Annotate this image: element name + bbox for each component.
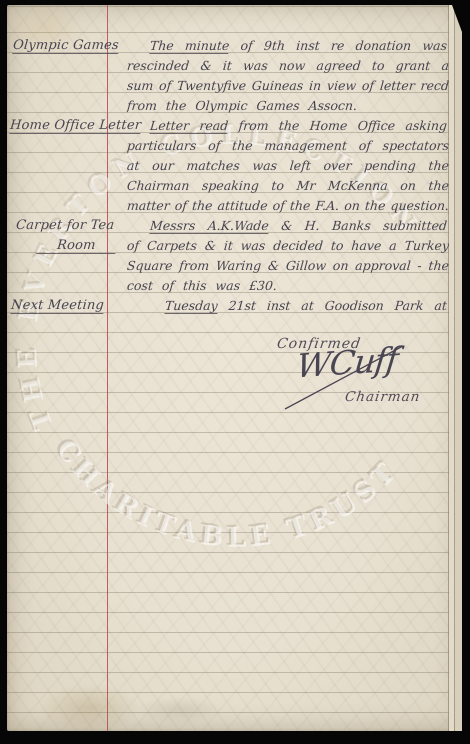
ledger-page: THE EVERTON COLLECTION THE EVERTON COLLE… [7, 5, 462, 731]
underlined-lead: Tuesday [164, 298, 218, 314]
chairman-signature: WCuff [295, 342, 400, 385]
minute-line: The minute of 9th inst re donation was [149, 36, 448, 56]
minute-line: rescinded & it was now agreed to grant a [126, 56, 450, 76]
margin-note-next-meeting: Next Meeting [10, 296, 105, 316]
red-margin-rule [107, 5, 108, 731]
svg-text:CHARITABLE TRUST: CHARITABLE TRUST [47, 432, 403, 552]
underlined-lead: The minute [149, 38, 230, 54]
minute-line: from the Olympic Games Assocn. [126, 96, 450, 116]
margin-note-label: Home Office Letter [9, 118, 142, 134]
margin-note-carpet-room: Room [36, 236, 116, 256]
minute-line: Letter read from the Home Office asking [149, 116, 448, 136]
minute-line: sum of Twentyfive Guineas in view of let… [126, 76, 450, 96]
margin-note-olympic-games: Olympic Games [12, 36, 120, 56]
minute-line: at our matches was left over pending the [126, 156, 450, 176]
scanned-minute-book-photo: { "margin_notes": { "olympic": "Olympic … [0, 0, 470, 744]
margin-note-label: Olympic Games [12, 38, 119, 54]
minute-line: Tuesday 21st inst at Goodison Park at 6.… [164, 296, 448, 316]
minute-line: of Carpets & it was decided to have a Tu… [126, 236, 450, 256]
margin-note-label: Carpet for Tea [15, 218, 114, 233]
margin-note-label: Room [36, 238, 116, 254]
minute-line: Chairman speaking to Mr McKenna on the [126, 176, 450, 196]
minute-line: Messrs A.K.Wade & H. Banks submitted pri… [149, 216, 448, 236]
minute-line: particulars of the management of spectat… [126, 136, 450, 156]
margin-note-label: Next Meeting [10, 298, 104, 314]
stain-bottom-center [125, 693, 235, 727]
watermark-bottom-arc: CHARITABLE TRUST CHARITABLE TRUST [47, 432, 405, 554]
minute-line: cost of this was £30. [126, 276, 450, 296]
chairman-role-label: Chairman [344, 387, 422, 407]
margin-note-home-office-letter: Home Office Letter [9, 116, 142, 136]
line-text: from the Home Office asking [238, 118, 448, 133]
line-text: of 9th inst re donation was [240, 38, 448, 53]
svg-text:CHARITABLE TRUST: CHARITABLE TRUST [50, 434, 406, 554]
margin-note-carpet-for-tea: Carpet for Tea [15, 216, 115, 236]
minute-line: Square from Waring & Gillow on approval … [126, 256, 450, 276]
page-edge-strip [448, 5, 462, 731]
underlined-lead: Letter read [149, 118, 229, 134]
underlined-lead: Messrs A.K.Wade [149, 218, 269, 234]
minute-line: matter of the attitude of the F.A. on th… [126, 196, 450, 216]
